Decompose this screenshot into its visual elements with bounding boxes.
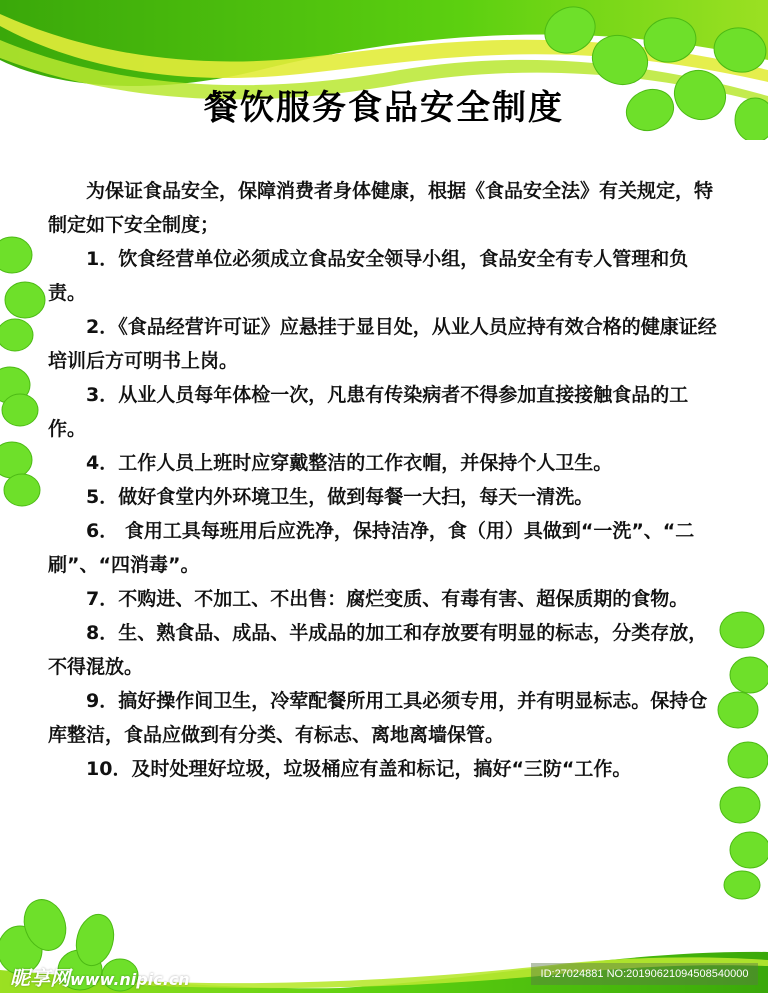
leaf-cluster-left	[0, 225, 50, 515]
leaf-cluster-right	[712, 600, 768, 900]
watermark-logo: 昵享网www.nipic.cn	[10, 962, 190, 991]
rule-item-4: 4．工作人员上班时应穿戴整洁的工作衣帽，并保持个人卫生。	[48, 446, 720, 480]
intro-paragraph: 为保证食品安全，保障消费者身体健康，根据《食品安全法》有关规定，特制定如下安全制…	[48, 174, 720, 242]
document-title: 餐饮服务食品安全制度	[0, 80, 768, 129]
rule-item-6: 6． 食用工具每班用后应洗净，保持洁净，食（用）具做到“一洗”、“二刷”、“四消…	[48, 514, 720, 582]
watermark-id: ID:27024881 NO:20190621094508540000	[531, 963, 758, 985]
watermark-logo-text: 昵享网	[10, 966, 70, 990]
rule-item-3: 3．从业人员每年体检一次，凡患有传染病者不得参加直接接触食品的工作。	[48, 378, 720, 446]
rule-item-8: 8．生、熟食品、成品、半成品的加工和存放要有明显的标志，分类存放，不得混放。	[48, 616, 720, 684]
rule-item-10: 10．及时处理好垃圾，垃圾桶应有盖和标记，搞好“三防“工作。	[48, 752, 720, 786]
rule-item-5: 5．做好食堂内外环境卫生，做到每餐一大扫，每天一清洗。	[48, 480, 720, 514]
watermark-url: www.nipic.cn	[70, 970, 190, 989]
rule-item-2: 2．《食品经营许可证》应悬挂于显目处，从业人员应持有效合格的健康证经培训后方可明…	[48, 310, 720, 378]
rule-item-9: 9．搞好操作间卫生，冷荤配餐所用工具必须专用，并有明显标志。保持仓库整洁，食品应…	[48, 684, 720, 752]
rule-item-7: 7．不购进、不加工、不出售：腐烂变质、有毒有害、超保质期的食物。	[48, 582, 720, 616]
rule-item-1: 1．饮食经营单位必须成立食品安全领导小组，食品安全有专人管理和负责。	[48, 242, 720, 310]
document-body: 为保证食品安全，保障消费者身体健康，根据《食品安全法》有关规定，特制定如下安全制…	[48, 174, 720, 786]
